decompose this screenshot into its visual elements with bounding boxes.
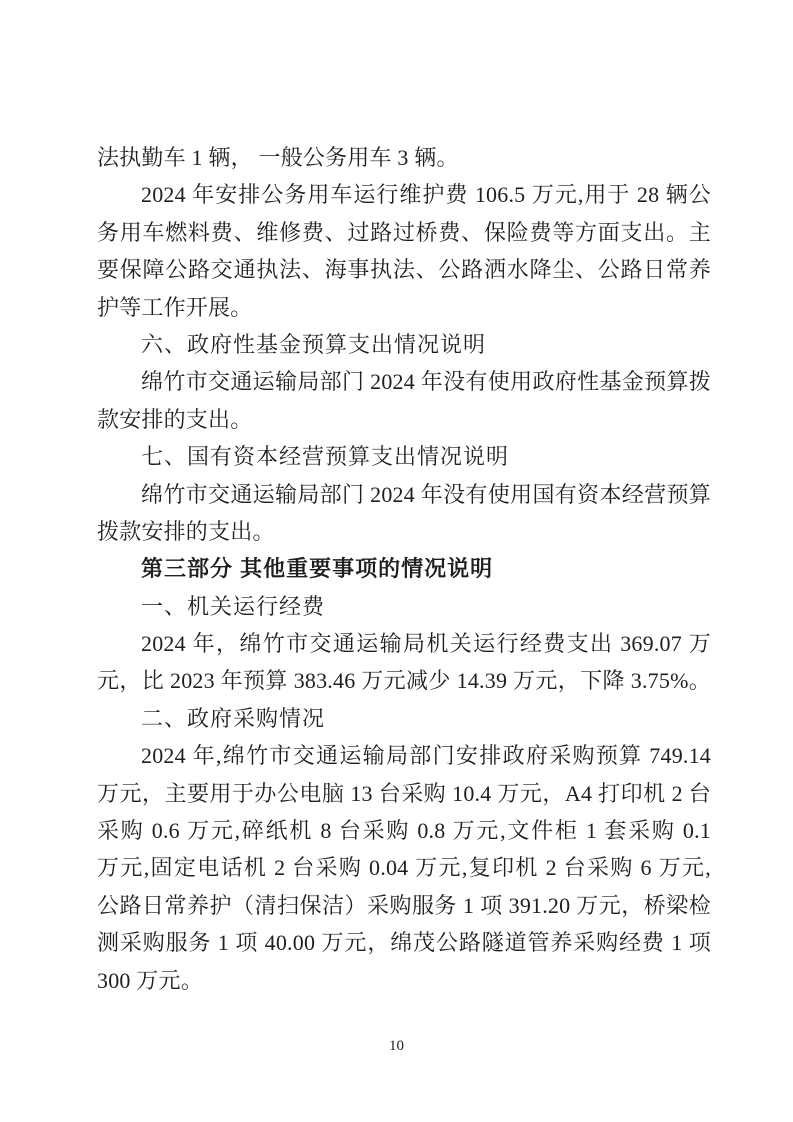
text-line: 300 万元。 <box>97 962 711 999</box>
text-line: 采购 0.6 万元,碎纸机 8 台采购 0.8 万元,文件柜 1 套采购 0.1 <box>97 812 711 849</box>
text-line: 测采购服务 1 项 40.00 万元，绵茂公路隧道管养采购经费 1 项 <box>97 924 711 961</box>
section-heading: 七、国有资本经营预算支出情况说明 <box>97 438 711 475</box>
text-line: 要保障公路交通执法、海事执法、公路洒水降尘、公路日常养 <box>97 251 711 288</box>
text-line: 绵竹市交通运输局部门 2024 年没有使用国有资本经营预算 <box>97 476 711 513</box>
section-heading: 一、机关运行经费 <box>97 588 711 625</box>
section-heading: 二、政府采购情况 <box>97 700 711 737</box>
text-line: 万元，主要用于办公电脑 13 台采购 10.4 万元，A4 打印机 2 台 <box>97 775 711 812</box>
text-line: 务用车燃料费、维修费、过路过桥费、保险费等方面支出。主 <box>97 214 711 251</box>
text-line: 款安排的支出。 <box>97 401 711 438</box>
page-number: 10 <box>0 1036 793 1056</box>
text-line: 绵竹市交通运输局部门 2024 年没有使用政府性基金预算拨 <box>97 363 711 400</box>
text-line: 2024 年,绵竹市交通运输局部门安排政府采购预算 749.14 <box>97 737 711 774</box>
text-line: 2024 年安排公务用车运行维护费 106.5 万元,用于 28 辆公 <box>97 176 711 213</box>
part-heading: 第三部分 其他重要事项的情况说明 <box>97 550 711 587</box>
text-line: 元，比 2023 年预算 383.46 万元减少 14.39 万元，下降 3.7… <box>97 662 711 699</box>
text-line: 万元,固定电话机 2 台采购 0.04 万元,复印机 2 台采购 6 万元, <box>97 849 711 886</box>
section-heading: 六、政府性基金预算支出情况说明 <box>97 326 711 363</box>
document-page: 法执勤车 1 辆， 一般公务用车 3 辆。 2024 年安排公务用车运行维护费 … <box>0 0 793 1122</box>
text-line: 2024 年，绵竹市交通运输局机关运行经费支出 369.07 万 <box>97 625 711 662</box>
document-body: 法执勤车 1 辆， 一般公务用车 3 辆。 2024 年安排公务用车运行维护费 … <box>97 139 711 999</box>
text-line: 公路日常养护（清扫保洁）采购服务 1 项 391.20 万元，桥梁检 <box>97 887 711 924</box>
text-line: 法执勤车 1 辆， 一般公务用车 3 辆。 <box>97 139 711 176</box>
text-line: 拨款安排的支出。 <box>97 513 711 550</box>
text-line: 护等工作开展。 <box>97 289 711 326</box>
